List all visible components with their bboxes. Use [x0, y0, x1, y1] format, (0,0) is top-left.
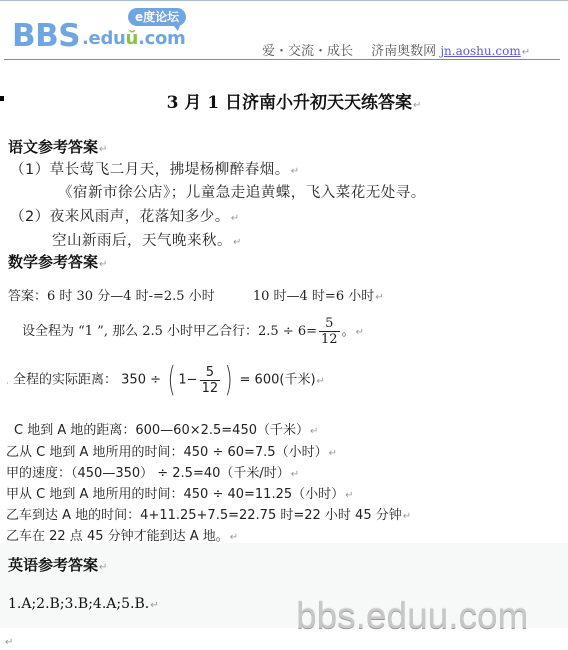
paragraph-mark-icon: ↵ [233, 237, 242, 248]
logo-domain-accent: ŭ [126, 28, 139, 49]
paragraph-mark-icon: ↵ [375, 292, 383, 303]
step-text: 乙车到达 A 地的时间：4+11.25+7.5=22.75 时=22 小时 45… [6, 508, 402, 523]
paragraph-mark-icon: ↵ [413, 100, 421, 111]
fraction-denominator: 12 [319, 331, 340, 347]
paragraph-mark-icon: ↵ [150, 600, 158, 611]
poem-line-4: 空山新雨后，天气晚来秋。↵ [52, 229, 242, 250]
paragraph-mark-icon: ↵ [345, 490, 353, 501]
fraction-numerator: 5 [204, 365, 216, 380]
fraction: 512 [319, 316, 340, 347]
right-paren: ) [225, 363, 233, 397]
paragraph-mark-icon: ↵ [230, 532, 238, 543]
math-step-5: 乙车到达 A 地的时间：4+11.25+7.5=22.75 时=22 小时 45… [6, 504, 411, 523]
setup-text: 设全程为 “1 ”, 那么 2.5 小时甲乙合行：2.5 ÷ 6= [22, 324, 317, 339]
bbs-eduu-logo[interactable]: BBS .eduŭ.com e度论坛 [12, 8, 202, 52]
page-title-text: 3 月 1 日济南小升初天天练答案 [167, 93, 412, 113]
poem-line-text: 《宿新市徐公店》；儿童急走追黄蝶，飞入菜花无处寻。 [58, 185, 426, 201]
logo-bbs-text: BBS [12, 18, 80, 54]
paragraph-mark-icon: ↵ [403, 511, 411, 522]
english-heading-text: 英语参考答案 [8, 556, 98, 574]
logo-domain: .eduŭ.com [82, 28, 186, 49]
fraction: 512 [200, 365, 221, 396]
math-step-2: 乙从 C 地到 A 地所用的时间：450 ÷ 60=7.5（小时）↵ [6, 441, 337, 460]
paragraph-mark-icon: ↵ [5, 637, 13, 648]
paragraph-mark-icon: ↵ [99, 562, 107, 573]
setup-suffix: 。 [342, 324, 355, 339]
step-text: C 地到 A 地的距离：600—60×2.5=450（千米） [14, 423, 309, 438]
math-heading: 数学参考答案↵ [8, 251, 107, 272]
tagline-text: 爱・交流・成长 [262, 44, 353, 59]
list-dot: . [6, 377, 9, 387]
paragraph-mark-icon: ↵ [522, 47, 530, 58]
paragraph-mark-icon: ↵ [317, 376, 325, 387]
watermark: bbs.eduu.com [296, 595, 528, 637]
math-step-4: 甲从 C 地到 A 地所用的时间：450 ÷ 40=11.25（小时）↵ [6, 483, 354, 502]
step-text: 甲的速度：（450—350） ÷ 2.5=40（千米/时） [6, 466, 290, 481]
english-answers-text: 1.A;2.B;3.B;4.A;5.B. [8, 596, 149, 612]
english-answers: 1.A;2.B;3.B;4.A;5.B.↵ [8, 596, 159, 612]
paragraph-mark-icon: ↵ [291, 166, 300, 177]
page-title: 3 月 1 日济南小升初天天练答案↵ [0, 88, 568, 113]
math-distance-line: . 全程的实际距离： 350 ÷ (1−512) = 600(千米)↵ [6, 363, 325, 397]
paragraph-mark-icon: ↵ [99, 259, 107, 270]
math-answer-line: 答案：6 时 30 分—4 时-=2.5 小时 10 时—4 时=6 小时↵ [8, 285, 384, 304]
poem-line-3: （2）夜来风雨声，花落知多少。↵ [10, 205, 240, 226]
paragraph-mark-icon: ↵ [310, 426, 318, 437]
distance-result: = 600(千米) [240, 373, 316, 388]
step-text: 甲从 C 地到 A 地所用的时间：450 ÷ 40=11.25（小时） [6, 487, 344, 502]
english-heading: 英语参考答案↵ [8, 554, 107, 575]
poem-line-text: （2）夜来风雨声，花落知多少。 [10, 209, 230, 225]
math-step-6: 乙车在 22 点 45 分钟才能到达 A 地。↵ [6, 525, 238, 544]
distance-text: 全程的实际距离： 350 ÷ [13, 373, 161, 388]
math-step-3: 甲的速度：（450—350） ÷ 2.5=40（千米/时）↵ [6, 462, 299, 481]
paragraph-mark-icon: ↵ [291, 469, 299, 480]
chinese-heading-text: 语文参考答案 [8, 138, 98, 156]
math-step-1: C 地到 A 地的距离：600—60×2.5=450（千米）↵ [14, 419, 318, 438]
step-text: 乙从 C 地到 A 地所用的时间：450 ÷ 60=7.5（小时） [6, 445, 328, 460]
logo-domain-prefix: .edu [82, 28, 126, 49]
empty-paragraph: ↵ [4, 630, 13, 649]
paragraph-mark-icon: ↵ [329, 448, 337, 459]
answer-part-a: 答案：6 时 30 分—4 时-=2.5 小时 [8, 289, 215, 304]
header-divider [250, 59, 560, 60]
paragraph-mark-icon: ↵ [356, 327, 364, 338]
paragraph-mark-icon: ↵ [99, 144, 107, 155]
logo-speech-bubble: e度论坛 [128, 8, 186, 26]
top-border [0, 0, 568, 1]
paragraph-mark-icon: ↵ [231, 213, 240, 224]
fraction-denominator: 12 [200, 380, 221, 396]
answer-part-b: 10 时—4 时=6 小时 [253, 289, 374, 304]
poem-line-2: 《宿新市徐公店》；儿童急走追黄蝶，飞入菜花无处寻。 [58, 181, 426, 202]
chinese-heading: 语文参考答案↵ [8, 136, 107, 157]
distance-one-minus: 1− [178, 373, 197, 388]
poem-line-text: （1）草长莺飞二月天，拂堤杨柳醉春烟。 [10, 162, 290, 178]
math-setup-line: 设全程为 “1 ”, 那么 2.5 小时甲乙合行：2.5 ÷ 6=512。↵ [22, 316, 364, 347]
step-text: 乙车在 22 点 45 分钟才能到达 A 地。 [6, 529, 229, 544]
math-heading-text: 数学参考答案 [8, 253, 98, 271]
logo-domain-suffix: .com [138, 28, 185, 49]
fraction-numerator: 5 [323, 316, 335, 331]
site-link[interactable]: jn.aoshu.com [440, 44, 520, 58]
poem-line-1: （1）草长莺飞二月天，拂堤杨柳醉春烟。↵ [10, 158, 300, 179]
left-paren: ( [168, 363, 176, 397]
header-tagline: 爱・交流・成长 济南奥数网 jn.aoshu.com↵ [262, 40, 530, 59]
poem-line-text: 空山新雨后，天气晚来秋。 [52, 233, 232, 249]
site-name: 济南奥数网 [371, 44, 436, 59]
